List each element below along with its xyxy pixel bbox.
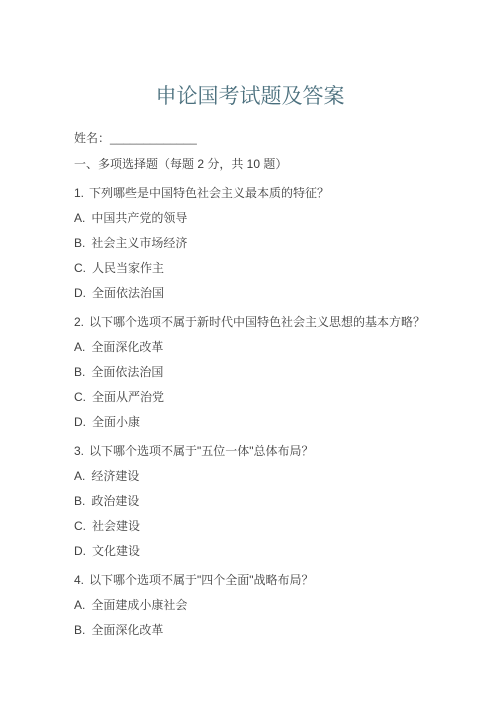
option-letter: B. bbox=[74, 495, 85, 508]
question-3: 3.以下哪个选项不属于"五位一体"总体布局？ bbox=[74, 445, 450, 458]
option-text: 全面深化改革 bbox=[91, 623, 163, 637]
question-1-option-b: B.社会主义市场经济 bbox=[74, 237, 450, 250]
option-text: 全面从严治党 bbox=[92, 390, 164, 404]
option-text: 全面深化改革 bbox=[91, 340, 163, 354]
question-1: 1.下列哪些是中国特色社会主义最本质的特征？ bbox=[74, 187, 450, 200]
option-text: 全面依法治国 bbox=[92, 286, 164, 300]
question-2-option-b: B.全面依法治国 bbox=[74, 366, 450, 379]
option-letter: C. bbox=[74, 520, 86, 533]
document-page: 申论国考试题及答案 姓名：_____________ 一、多项选择题（每题 2 … bbox=[0, 0, 500, 707]
question-3-option-b: B.政治建设 bbox=[74, 495, 450, 508]
option-text: 文化建设 bbox=[92, 544, 140, 558]
name-field-line: 姓名：_____________ bbox=[74, 132, 450, 145]
option-text: 经济建设 bbox=[91, 469, 139, 483]
option-letter: D. bbox=[74, 287, 86, 300]
option-letter: B. bbox=[74, 237, 85, 250]
option-text: 政治建设 bbox=[91, 494, 139, 508]
question-2-option-c: C.全面从严治党 bbox=[74, 391, 450, 404]
question-2: 2.以下哪个选项不属于新时代中国特色社会主义思想的基本方略？ bbox=[74, 316, 450, 329]
question-4-number: 4. bbox=[74, 574, 84, 587]
question-2-text: 以下哪个选项不属于新时代中国特色社会主义思想的基本方略？ bbox=[89, 315, 425, 329]
option-letter: B. bbox=[74, 624, 85, 637]
section-heading: 一、多项选择题（每题 2 分，共 10 题） bbox=[74, 158, 450, 171]
question-2-option-d: D.全面小康 bbox=[74, 416, 450, 429]
option-text: 中国共产党的领导 bbox=[91, 211, 187, 225]
question-4-text: 以下哪个选项不属于"四个全面"战略布局？ bbox=[89, 573, 314, 587]
document-title: 申论国考试题及答案 bbox=[0, 0, 500, 108]
question-3-option-c: C.社会建设 bbox=[74, 520, 450, 533]
question-1-option-c: C.人民当家作主 bbox=[74, 262, 450, 275]
name-blank-line: _____________ bbox=[110, 131, 197, 145]
document-body: 姓名：_____________ 一、多项选择题（每题 2 分，共 10 题） … bbox=[0, 132, 500, 637]
question-1-number: 1. bbox=[74, 187, 84, 200]
option-text: 全面小康 bbox=[92, 415, 140, 429]
question-4-option-a: A.全面建成小康社会 bbox=[74, 599, 450, 612]
question-2-number: 2. bbox=[74, 316, 84, 329]
question-4-option-b: B.全面深化改革 bbox=[74, 624, 450, 637]
question-3-number: 3. bbox=[74, 445, 84, 458]
option-text: 社会建设 bbox=[92, 519, 140, 533]
option-letter: D. bbox=[74, 416, 86, 429]
question-2-option-a: A.全面深化改革 bbox=[74, 341, 450, 354]
question-1-option-d: D.全面依法治国 bbox=[74, 287, 450, 300]
option-letter: D. bbox=[74, 545, 86, 558]
question-3-text: 以下哪个选项不属于"五位一体"总体布局？ bbox=[89, 444, 314, 458]
option-letter: C. bbox=[74, 262, 86, 275]
question-1-option-a: A.中国共产党的领导 bbox=[74, 212, 450, 225]
name-label: 姓名： bbox=[74, 131, 110, 145]
option-letter: A. bbox=[74, 212, 85, 225]
option-letter: A. bbox=[74, 599, 85, 612]
question-4: 4.以下哪个选项不属于"四个全面"战略布局？ bbox=[74, 574, 450, 587]
option-text: 全面建成小康社会 bbox=[91, 598, 187, 612]
question-3-option-a: A.经济建设 bbox=[74, 470, 450, 483]
option-letter: B. bbox=[74, 366, 85, 379]
option-letter: C. bbox=[74, 391, 86, 404]
option-text: 人民当家作主 bbox=[92, 261, 164, 275]
option-text: 全面依法治国 bbox=[91, 365, 163, 379]
question-3-option-d: D.文化建设 bbox=[74, 545, 450, 558]
question-1-text: 下列哪些是中国特色社会主义最本质的特征？ bbox=[89, 186, 329, 200]
option-letter: A. bbox=[74, 470, 85, 483]
option-text: 社会主义市场经济 bbox=[91, 236, 187, 250]
option-letter: A. bbox=[74, 341, 85, 354]
